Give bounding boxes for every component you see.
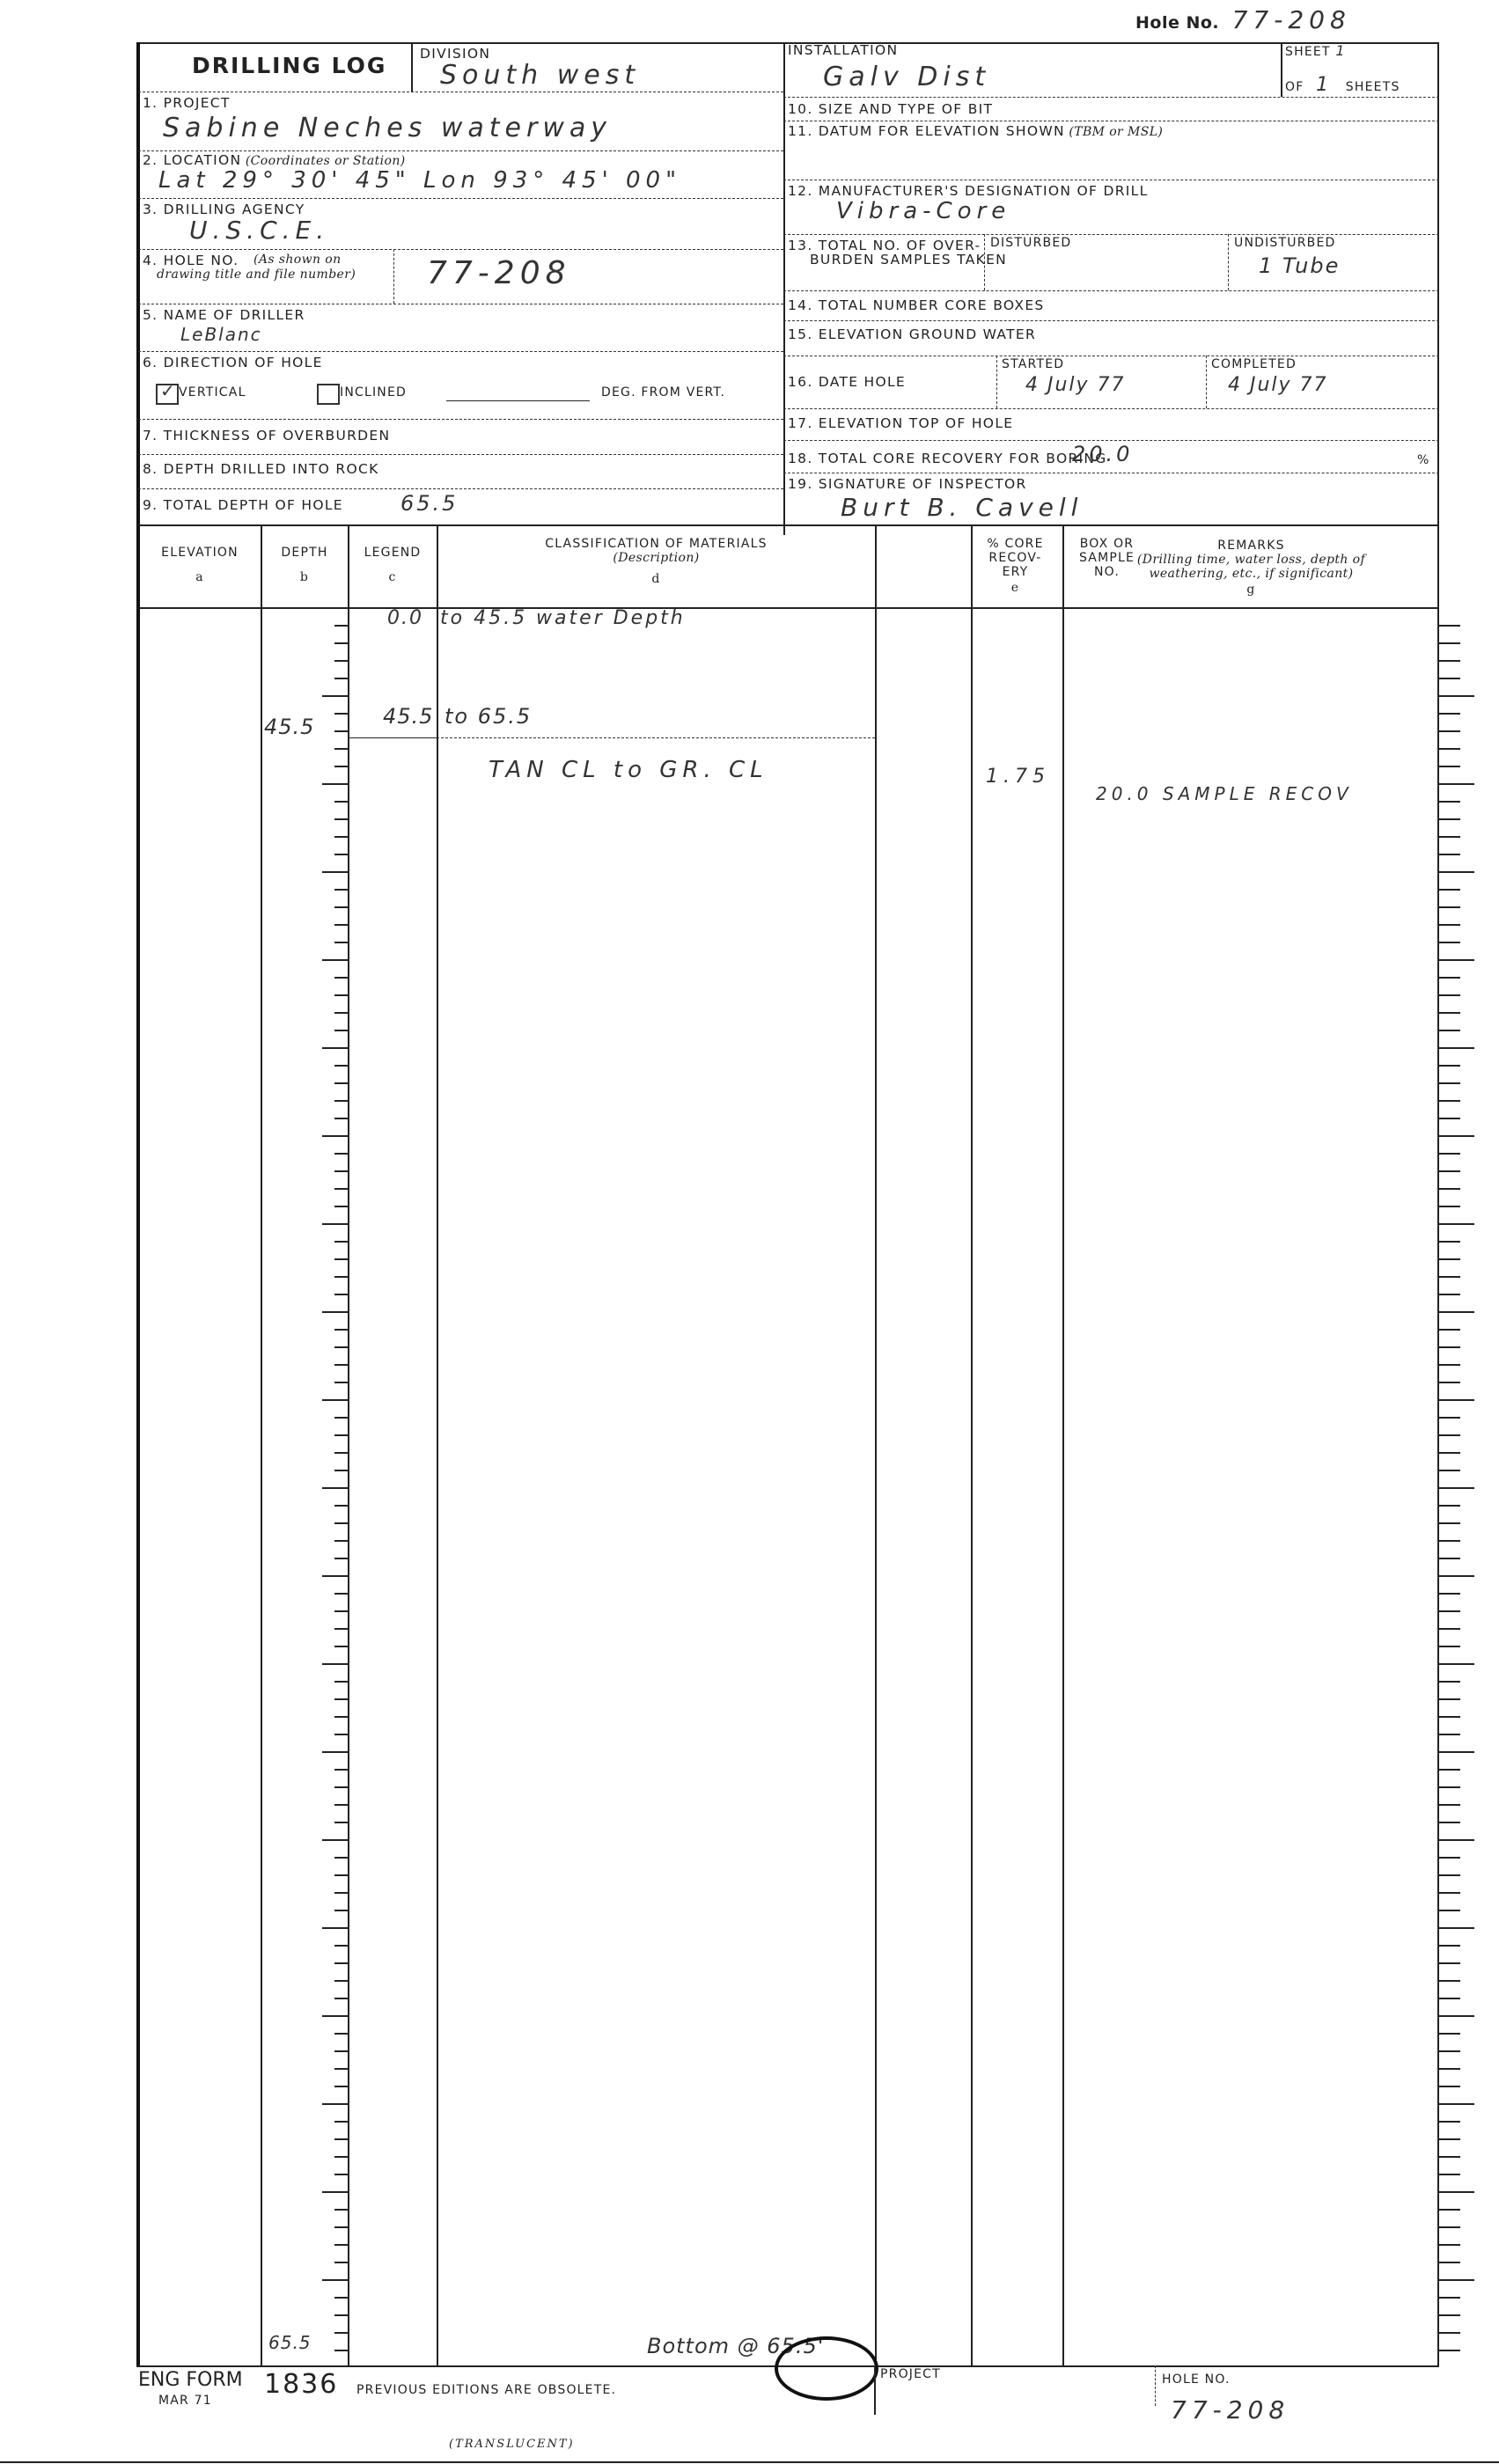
row-divider bbox=[783, 320, 1439, 321]
remarks-tick bbox=[1439, 1082, 1460, 1084]
depth-tick bbox=[334, 1646, 349, 1647]
col-divider-c bbox=[437, 524, 438, 2365]
depth-tick bbox=[334, 1522, 349, 1524]
form-number: 1836 bbox=[264, 2369, 338, 2400]
vertical-checkbox[interactable]: ✓ bbox=[156, 384, 179, 405]
remarks-cell: 20.0 SAMPLE RECOV bbox=[1096, 783, 1353, 804]
remarks-tick bbox=[1439, 1910, 1460, 1911]
col-header-remarks: REMARKS (Drilling time, water loss, dept… bbox=[1063, 539, 1439, 597]
remarks-tick bbox=[1439, 1470, 1460, 1471]
layer-boundary-line bbox=[437, 737, 875, 738]
depth-tick bbox=[322, 959, 349, 961]
remarks-tick bbox=[1439, 1434, 1460, 1436]
depth-tick bbox=[334, 994, 349, 996]
footer-hole-no-value: 77-208 bbox=[1171, 2395, 1290, 2424]
remarks-tick bbox=[1439, 1610, 1460, 1612]
core-recovery-label: 18. TOTAL CORE RECOVERY FOR BORING bbox=[788, 451, 1107, 466]
legend-cell: 45.5 bbox=[383, 704, 433, 729]
depth-tick bbox=[334, 2068, 349, 2070]
remarks-tick bbox=[1439, 1628, 1460, 1630]
remarks-tick bbox=[1439, 1734, 1460, 1735]
remarks-tick bbox=[1439, 818, 1460, 820]
installation-value[interactable]: Galv Dist bbox=[823, 62, 990, 92]
depth-tick bbox=[334, 2209, 349, 2211]
remarks-tick bbox=[1439, 2068, 1460, 2070]
location-label: 2. LOCATION bbox=[143, 152, 241, 168]
remarks-tick bbox=[1439, 2244, 1460, 2246]
description-cell: to 45.5 water Depth bbox=[440, 607, 686, 629]
project-label: 1. PROJECT bbox=[143, 95, 231, 111]
core-boxes-label: 14. TOTAL NUMBER CORE BOXES bbox=[788, 297, 1045, 313]
total-depth-value[interactable]: 65.5 bbox=[400, 491, 458, 516]
top-hole-number-value: 77-208 bbox=[1232, 5, 1351, 34]
manufacturer-label: 12. MANUFACTURER'S DESIGNATION OF DRILL bbox=[788, 183, 1149, 199]
remarks-tick bbox=[1439, 625, 1460, 627]
installation-label: INSTALLATION bbox=[788, 42, 898, 58]
remarks-tick bbox=[1439, 871, 1474, 873]
depth-tick bbox=[334, 1206, 349, 1207]
legend-cell: 0.0 bbox=[387, 607, 423, 629]
depth-tick bbox=[334, 1610, 349, 1612]
remarks-tick bbox=[1439, 695, 1474, 697]
division-value[interactable]: South west bbox=[440, 60, 640, 91]
remarks-tick bbox=[1439, 2138, 1460, 2140]
remarks-tick bbox=[1439, 660, 1460, 662]
ground-water-label: 15. ELEVATION GROUND WATER bbox=[788, 326, 1036, 342]
disturbed-label: DISTURBED bbox=[990, 236, 1071, 250]
depth-tick bbox=[334, 748, 349, 750]
remarks-tick bbox=[1439, 713, 1460, 715]
hole-no-sublabel: (As shown on drawing title and file numb… bbox=[157, 253, 381, 282]
depth-tick bbox=[334, 1241, 349, 1243]
depth-tick bbox=[334, 1980, 349, 1982]
translucent-note: (TRANSLUCENT) bbox=[449, 2438, 575, 2451]
deg-from-vert-label: DEG. FROM VERT. bbox=[601, 385, 725, 400]
location-value[interactable]: Lat 29° 30' 45" Lon 93° 45' 00" bbox=[158, 167, 681, 194]
remarks-tick bbox=[1439, 1118, 1460, 1119]
undisturbed-label: UNDISTURBED bbox=[1234, 236, 1335, 250]
remarks-tick bbox=[1439, 889, 1460, 891]
depth-tick bbox=[334, 1716, 349, 1718]
remarks-tick bbox=[1439, 1522, 1460, 1524]
row-divider bbox=[783, 440, 1439, 441]
remarks-tick bbox=[1439, 642, 1460, 644]
depth-tick bbox=[334, 2121, 349, 2123]
remarks-tick bbox=[1439, 1540, 1460, 1542]
circled-total-depth bbox=[775, 2336, 878, 2401]
depth-tick bbox=[334, 1118, 349, 1119]
depth-tick bbox=[334, 1681, 349, 1683]
remarks-tick bbox=[1439, 2156, 1460, 2158]
depth-tick bbox=[334, 1857, 349, 1859]
remarks-tick bbox=[1439, 801, 1460, 803]
location-sublabel: (Coordinates or Station) bbox=[246, 154, 406, 168]
completed-label: COMPLETED bbox=[1211, 357, 1297, 371]
remarks-tick bbox=[1439, 1681, 1460, 1683]
remarks-tick bbox=[1439, 2209, 1460, 2211]
col-letter: d bbox=[437, 572, 875, 586]
undisturbed-value[interactable]: 1 Tube bbox=[1259, 253, 1340, 278]
depth-tick bbox=[334, 1452, 349, 1454]
depth-tick bbox=[322, 1311, 349, 1313]
col-title: ELEVATION bbox=[139, 546, 261, 560]
depth-tick bbox=[334, 1382, 349, 1383]
col-subtitle: (Description) bbox=[437, 551, 875, 565]
col-header-legend: LEGEND c bbox=[349, 546, 437, 584]
depth-tick bbox=[334, 1188, 349, 1190]
remarks-tick bbox=[1439, 1839, 1474, 1841]
layer-boundary-line bbox=[349, 737, 437, 738]
remarks-tick bbox=[1439, 1364, 1460, 1366]
of-value: 1 bbox=[1316, 74, 1334, 96]
total-depth-label: 9. TOTAL DEPTH OF HOLE bbox=[143, 497, 343, 513]
row-divider bbox=[138, 488, 783, 489]
remarks-tick bbox=[1439, 977, 1460, 979]
remarks-tick bbox=[1439, 783, 1474, 785]
remarks-tick bbox=[1439, 1188, 1460, 1190]
date-hole-label: 16. DATE HOLE bbox=[788, 374, 906, 390]
col-divider-d bbox=[875, 524, 877, 2365]
remarks-tick bbox=[1439, 1962, 1460, 1964]
depth-tick bbox=[334, 1786, 349, 1788]
depth-tick bbox=[322, 1223, 349, 1225]
depth-tick bbox=[334, 1505, 349, 1507]
direction-label: 6. DIRECTION OF HOLE bbox=[143, 355, 323, 370]
remarks-tick bbox=[1439, 1012, 1460, 1014]
footer-hole-no-label: HOLE NO. bbox=[1162, 2372, 1231, 2387]
depth-tick bbox=[322, 1751, 349, 1753]
depth-tick bbox=[334, 1329, 349, 1331]
vertical-label: VERTICAL bbox=[179, 385, 246, 400]
depth-tick bbox=[322, 1487, 349, 1489]
col-header-elevation: ELEVATION a bbox=[139, 546, 261, 584]
depth-tick bbox=[334, 1346, 349, 1348]
remarks-tick bbox=[1439, 1804, 1460, 1806]
depth-tick bbox=[322, 871, 349, 873]
depth-tick bbox=[334, 2050, 349, 2052]
remarks-tick bbox=[1439, 1153, 1460, 1155]
remarks-tick bbox=[1439, 1575, 1474, 1577]
remarks-tick bbox=[1439, 1223, 1474, 1225]
header-center-divider bbox=[783, 42, 785, 535]
col-title: REMARKS bbox=[1063, 539, 1439, 553]
undisturbed-divider bbox=[1228, 234, 1229, 290]
depth-tick bbox=[334, 889, 349, 891]
depth-tick bbox=[322, 1399, 349, 1401]
depth-tick bbox=[334, 1470, 349, 1471]
hole-no-divider bbox=[393, 249, 394, 304]
depth-tick bbox=[334, 801, 349, 803]
depth-tick bbox=[334, 1258, 349, 1260]
remarks-tick bbox=[1439, 2174, 1460, 2175]
remarks-tick bbox=[1439, 1593, 1460, 1595]
depth-tick bbox=[334, 1874, 349, 1876]
remarks-tick bbox=[1439, 730, 1460, 732]
depth-tick bbox=[334, 2262, 349, 2263]
depth-tick bbox=[334, 1153, 349, 1155]
core-recovery-value[interactable]: 20.0 bbox=[1072, 442, 1133, 466]
remarks-tick bbox=[1439, 1206, 1460, 1207]
depth-tick bbox=[334, 1804, 349, 1806]
row-divider bbox=[138, 150, 783, 151]
row-divider bbox=[138, 351, 783, 352]
remarks-tick bbox=[1439, 1346, 1460, 1348]
depth-tick bbox=[334, 1030, 349, 1031]
remarks-tick bbox=[1439, 1311, 1474, 1313]
remarks-tick bbox=[1439, 1170, 1460, 1172]
started-value[interactable]: 4 July 77 bbox=[1025, 374, 1126, 396]
col-subtitle: (Drilling time, water loss, depth of wea… bbox=[1063, 553, 1439, 581]
of-sheets-field: OF 1 SHEETS bbox=[1285, 74, 1400, 96]
depth-tick bbox=[334, 713, 349, 715]
drilling-agency-value[interactable]: U.S.C.E. bbox=[189, 216, 329, 245]
depth-tick bbox=[322, 1047, 349, 1049]
col-title: CLASSIFICATION OF MATERIALS bbox=[437, 537, 875, 551]
depth-tick bbox=[322, 2015, 349, 2017]
col-letter: a bbox=[139, 570, 261, 584]
remarks-tick bbox=[1439, 2033, 1460, 2035]
remarks-tick bbox=[1439, 1786, 1460, 1788]
remarks-tick bbox=[1439, 1030, 1460, 1031]
manufacturer-value[interactable]: Vibra-Core bbox=[836, 198, 1010, 224]
sheet-label: SHEET bbox=[1285, 45, 1331, 59]
datum-label: 11. DATUM FOR ELEVATION SHOWN bbox=[788, 123, 1065, 139]
remarks-tick bbox=[1439, 1716, 1460, 1718]
row-divider bbox=[783, 356, 1439, 356]
bottom-depth-value: 65.5 bbox=[268, 2332, 312, 2353]
depth-tick bbox=[334, 1294, 349, 1295]
remarks-tick bbox=[1439, 1382, 1460, 1383]
depth-tick bbox=[334, 1540, 349, 1542]
description-cell: to 65.5 bbox=[445, 704, 532, 729]
depth-tick bbox=[334, 836, 349, 838]
sample-cell: 1.75 bbox=[986, 766, 1050, 788]
driller-name-label: 5. NAME OF DRILLER bbox=[143, 307, 305, 323]
remarks-tick bbox=[1439, 1505, 1460, 1507]
depth-tick bbox=[334, 1593, 349, 1595]
depth-tick bbox=[334, 1892, 349, 1894]
remarks-tick bbox=[1439, 906, 1460, 908]
remarks-tick bbox=[1439, 1663, 1474, 1665]
depth-tick bbox=[334, 660, 349, 662]
obsolete-notice: PREVIOUS EDITIONS ARE OBSOLETE. bbox=[356, 2383, 616, 2397]
remarks-tick bbox=[1439, 2191, 1474, 2193]
depth-tick bbox=[322, 783, 349, 785]
depth-tick bbox=[334, 1962, 349, 1964]
depth-tick bbox=[322, 1927, 349, 1929]
depth-tick bbox=[334, 2156, 349, 2158]
depth-tick bbox=[334, 1100, 349, 1102]
col-title: % CORE RECOV-ERY bbox=[972, 537, 1059, 579]
depth-cell: 45.5 bbox=[264, 715, 314, 739]
remarks-tick bbox=[1439, 1276, 1460, 1278]
remarks-tick bbox=[1439, 1751, 1474, 1753]
top-elevation-label: 17. ELEVATION TOP OF HOLE bbox=[788, 415, 1013, 431]
form-id: ENG FORM bbox=[138, 2369, 243, 2391]
remarks-tick bbox=[1439, 2121, 1460, 2123]
samples-label-line2: BURDEN SAMPLES TAKEN bbox=[810, 252, 1007, 268]
depth-tick bbox=[334, 1417, 349, 1419]
remarks-tick bbox=[1439, 1065, 1460, 1067]
depth-tick bbox=[334, 854, 349, 855]
remarks-tick bbox=[1439, 2086, 1460, 2087]
remarks-tick bbox=[1439, 1135, 1474, 1137]
remarks-tick bbox=[1439, 1998, 1460, 1999]
remarks-tick bbox=[1439, 1100, 1460, 1102]
remarks-tick bbox=[1439, 2297, 1460, 2299]
footer-project-label: PROJECT bbox=[880, 2367, 941, 2381]
datum-field: 11. DATUM FOR ELEVATION SHOWN (TBM or MS… bbox=[788, 123, 1163, 140]
depth-tick bbox=[334, 1769, 349, 1771]
remarks-tick bbox=[1439, 1329, 1460, 1331]
completed-divider bbox=[1206, 356, 1207, 408]
depth-tick bbox=[334, 1734, 349, 1735]
col-divider-e bbox=[971, 524, 973, 2365]
depth-tick bbox=[334, 2244, 349, 2246]
remarks-tick bbox=[1439, 2262, 1460, 2263]
check-mark-icon: ✓ bbox=[160, 380, 175, 402]
remarks-tick bbox=[1439, 836, 1460, 838]
row-divider bbox=[783, 408, 1439, 409]
depth-tick bbox=[334, 1012, 349, 1014]
left-border bbox=[136, 42, 140, 2365]
sheet-value: 1 bbox=[1335, 42, 1349, 59]
datum-sublabel: (TBM or MSL) bbox=[1069, 125, 1163, 139]
project-value[interactable]: Sabine Neches waterway bbox=[163, 113, 612, 143]
remarks-tick bbox=[1439, 2226, 1460, 2228]
remarks-tick bbox=[1439, 1927, 1474, 1929]
remarks-tick bbox=[1439, 1874, 1460, 1876]
col-title: LEGEND bbox=[349, 546, 437, 560]
depth-tick bbox=[334, 2174, 349, 2175]
remarks-tick bbox=[1439, 942, 1460, 943]
col-letter: g bbox=[1063, 583, 1439, 597]
row-divider bbox=[783, 121, 1439, 121]
remarks-tick bbox=[1439, 748, 1460, 750]
form-date: MAR 71 bbox=[158, 2394, 212, 2408]
remarks-tick bbox=[1439, 1417, 1460, 1419]
depth-tick bbox=[334, 1998, 349, 1999]
inclined-degree-blank[interactable] bbox=[446, 400, 590, 401]
inspector-signature[interactable]: Burt B. Cavell bbox=[841, 493, 1083, 522]
overburden-label: 7. THICKNESS OF OVERBURDEN bbox=[143, 428, 390, 444]
col-header-core-recovery: % CORE RECOV-ERY e bbox=[972, 537, 1059, 595]
depth-tick bbox=[334, 1082, 349, 1084]
remarks-tick bbox=[1439, 1646, 1460, 1647]
depth-tick bbox=[334, 2332, 349, 2334]
remarks-tick bbox=[1439, 994, 1460, 996]
depth-tick bbox=[334, 2138, 349, 2140]
depth-tick bbox=[334, 766, 349, 767]
footer-hole-divider bbox=[1155, 2365, 1156, 2406]
remarks-tick bbox=[1439, 1452, 1460, 1454]
bit-label: 10. SIZE AND TYPE OF BIT bbox=[788, 101, 993, 117]
remarks-tick bbox=[1439, 1980, 1460, 1982]
footer-project-divider bbox=[874, 2365, 876, 2415]
sheet-divider bbox=[1281, 42, 1282, 97]
remarks-tick bbox=[1439, 1241, 1460, 1243]
remarks-tick bbox=[1439, 1822, 1460, 1823]
depth-tick bbox=[334, 1170, 349, 1172]
inclined-label: INCLINED bbox=[340, 385, 407, 400]
remarks-tick bbox=[1439, 2332, 1460, 2334]
disturbed-divider bbox=[984, 234, 985, 290]
col-letter: e bbox=[972, 581, 1059, 595]
depth-tick bbox=[334, 678, 349, 679]
depth-tick bbox=[322, 1663, 349, 1665]
depth-tick bbox=[322, 1135, 349, 1137]
row-divider bbox=[138, 304, 783, 304]
row-divider bbox=[783, 97, 1439, 98]
rock-depth-label: 8. DEPTH DRILLED INTO ROCK bbox=[143, 461, 379, 477]
remarks-tick bbox=[1439, 2015, 1474, 2017]
remarks-tick bbox=[1439, 924, 1460, 926]
remarks-tick bbox=[1439, 1769, 1460, 1771]
remarks-tick bbox=[1439, 1258, 1460, 1260]
started-divider bbox=[996, 356, 997, 408]
remarks-tick bbox=[1439, 1698, 1460, 1700]
page-bottom-border bbox=[0, 2461, 1499, 2463]
remarks-tick bbox=[1439, 1047, 1474, 1049]
depth-tick bbox=[334, 1628, 349, 1630]
percent-sign: % bbox=[1417, 453, 1430, 467]
depth-tick bbox=[322, 1839, 349, 1841]
depth-tick bbox=[334, 1698, 349, 1700]
depth-tick bbox=[334, 2297, 349, 2299]
remarks-tick bbox=[1439, 2279, 1474, 2281]
table-top-border bbox=[138, 524, 1439, 526]
remarks-tick bbox=[1439, 1294, 1460, 1295]
sheet-field: SHEET 1 bbox=[1285, 42, 1350, 59]
col-title: DEPTH bbox=[261, 546, 348, 560]
remarks-tick bbox=[1439, 1487, 1474, 1489]
depth-tick bbox=[322, 2103, 349, 2105]
remarks-tick bbox=[1439, 1945, 1460, 1947]
description-cell: TAN CL to GR. CL bbox=[489, 757, 768, 783]
depth-tick bbox=[334, 2226, 349, 2228]
remarks-tick bbox=[1439, 854, 1460, 855]
row-divider bbox=[783, 290, 1439, 291]
col-divider-f bbox=[1062, 524, 1064, 2365]
row-divider bbox=[138, 419, 783, 420]
top-hole-number: Hole No. 77-208 bbox=[1135, 5, 1351, 34]
depth-tick bbox=[334, 1065, 349, 1067]
remarks-tick bbox=[1439, 959, 1474, 961]
remarks-tick bbox=[1439, 2314, 1460, 2316]
depth-tick bbox=[334, 2086, 349, 2087]
depth-tick bbox=[334, 1945, 349, 1947]
col-letter: b bbox=[261, 570, 348, 584]
depth-tick bbox=[334, 924, 349, 926]
depth-tick bbox=[334, 2033, 349, 2035]
top-hole-number-label: Hole No. bbox=[1135, 13, 1219, 33]
form-name: ENG FORM bbox=[138, 2369, 243, 2391]
depth-tick bbox=[322, 695, 349, 697]
driller-name-value[interactable]: LeBlanc bbox=[180, 324, 262, 345]
completed-value[interactable]: 4 July 77 bbox=[1228, 374, 1328, 396]
col-header-classification: CLASSIFICATION OF MATERIALS (Description… bbox=[437, 537, 875, 586]
depth-tick bbox=[322, 2191, 349, 2193]
hole-no-value[interactable]: 77-208 bbox=[427, 255, 571, 291]
row-divider bbox=[783, 473, 1439, 473]
col-divider-a bbox=[261, 524, 262, 2365]
started-label: STARTED bbox=[1002, 357, 1064, 371]
row-divider bbox=[783, 234, 1439, 235]
depth-tick bbox=[322, 2279, 349, 2281]
inclined-checkbox[interactable] bbox=[317, 384, 340, 405]
depth-tick bbox=[334, 1434, 349, 1436]
depth-tick bbox=[334, 1822, 349, 1823]
